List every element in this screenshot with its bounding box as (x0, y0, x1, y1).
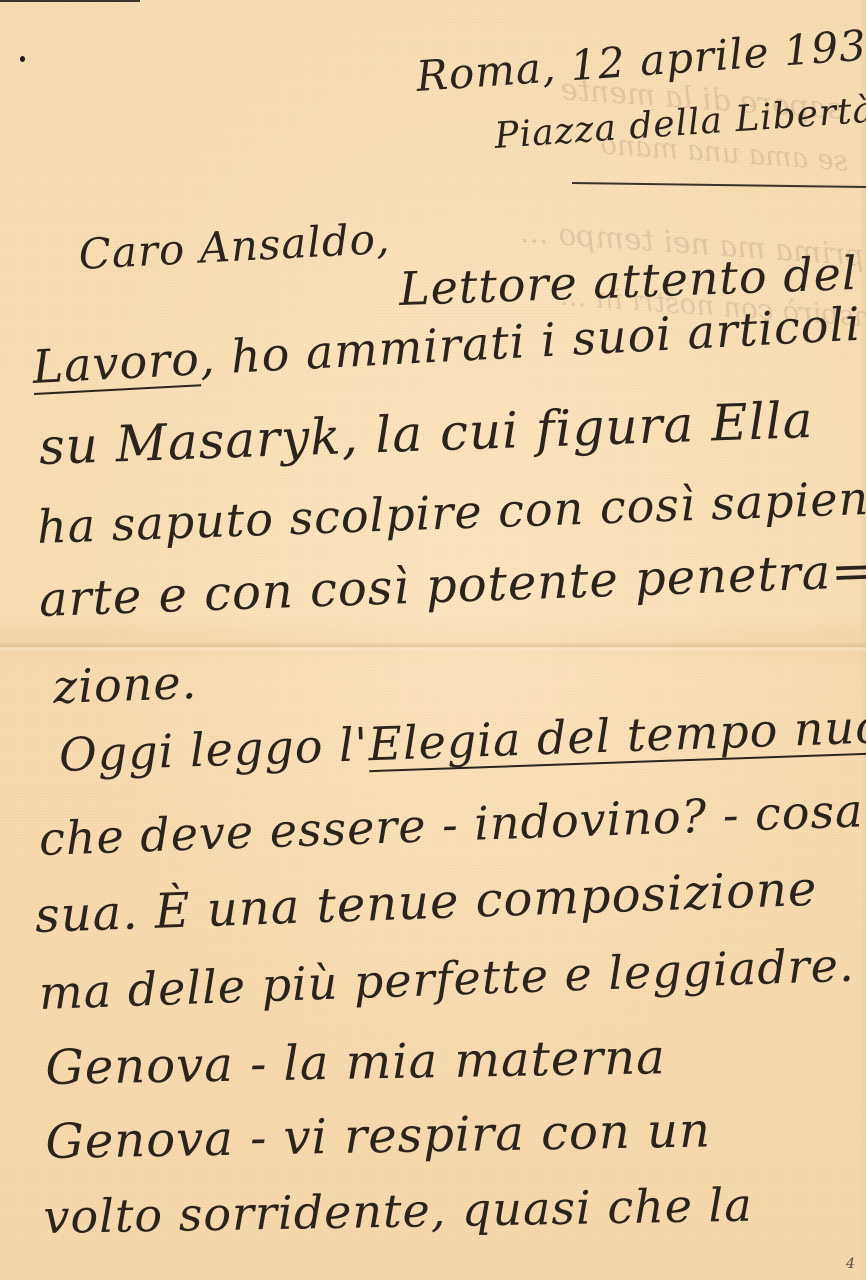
body-line-4: ha saputo scolpire con così sapiente (36, 469, 866, 554)
header-underline (572, 182, 866, 188)
paper-edge-shadow (860, 0, 866, 1280)
paper-fold (0, 642, 866, 652)
place-date: Roma, 12 aprile 1930 (415, 19, 866, 101)
scan-edge (0, 0, 140, 2)
address: Piazza della Libertà 4 (493, 87, 866, 157)
body-line-7-text: Oggi leggo l' (58, 717, 369, 782)
ink-spot (20, 56, 25, 62)
body-line-8: che deve essere - indovino? - cosa (38, 783, 864, 866)
body-line-3: su Masaryk, la cui figura Ella (38, 391, 814, 476)
letter-page: sapore di la mente se ama una mano la pr… (0, 0, 866, 1280)
body-line-5: arte e con così potente penetra= (38, 543, 866, 628)
body-line-12: Genova - vi respira con un (45, 1102, 711, 1170)
body-line-11: Genova - la mia materna (45, 1029, 666, 1096)
salutation: Caro Ansaldo, (77, 214, 391, 279)
body-line-6: zione. (52, 655, 198, 714)
poem-title: Elegia del tempo nuovo (367, 697, 866, 771)
page-number: 4 (846, 1256, 855, 1272)
newspaper-title: Lavoro (31, 331, 201, 394)
body-line-13: volto sorridente, quasi che la (43, 1178, 753, 1244)
body-line-7: Oggi leggo l'Elegia del tempo nuovo (58, 697, 866, 782)
body-line-9: sua. È una tenue composizione (34, 861, 818, 944)
body-line-10: ma delle più perfette e leggiadre. (38, 938, 855, 1020)
